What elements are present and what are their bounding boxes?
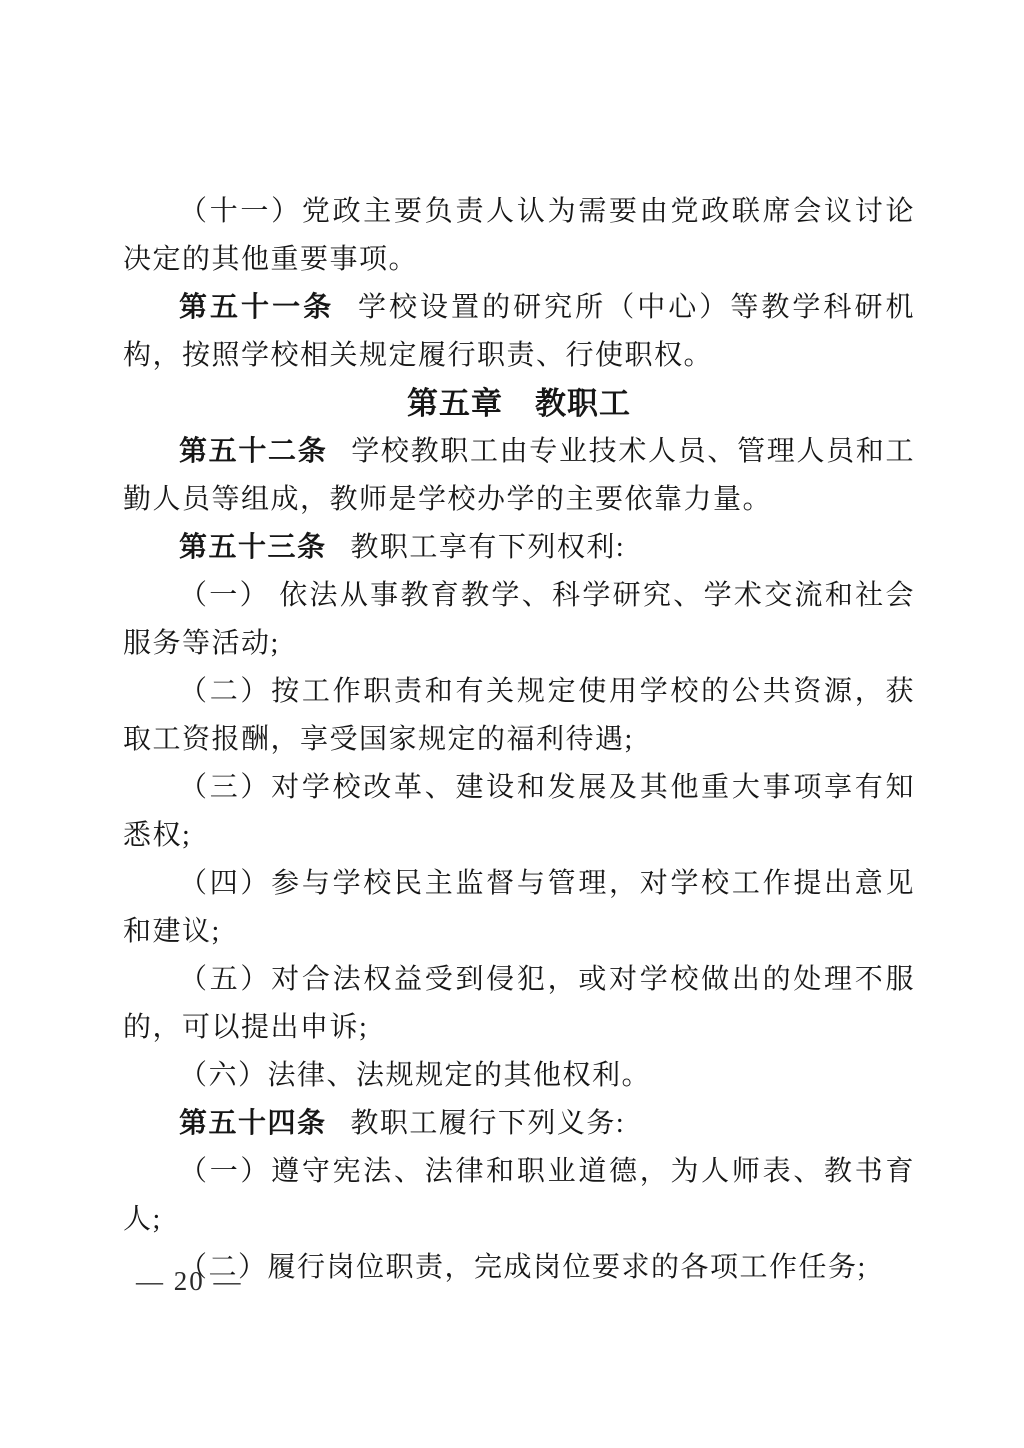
paragraph-text: 教职工享有下列权利: (350, 532, 625, 563)
paragraph-right-item-2: （二）按工作职责和有关规定使用学校的公共资源，获取工资报酬，享受国家规定的福利待… (123, 668, 915, 764)
paragraph-text: （三）对学校改革、建设和发展及其他重大事项享有知悉权; (123, 772, 915, 851)
document-page: （十一）党政主要负责人认为需要由党政联席会议讨论决定的其他重要事项。 第五十一条… (0, 0, 1024, 1448)
paragraph-article-54: 第五十四条教职工履行下列义务: (123, 1100, 915, 1148)
paragraph-article-53: 第五十三条教职工享有下列权利: (123, 524, 915, 572)
paragraph-clause-11: （十一）党政主要负责人认为需要由党政联席会议讨论决定的其他重要事项。 (123, 188, 915, 284)
page-number: — 20 — (136, 1266, 243, 1297)
paragraph-text: （二）按工作职责和有关规定使用学校的公共资源，获取工资报酬，享受国家规定的福利待… (123, 676, 915, 755)
paragraph-right-item-4: （四）参与学校民主监督与管理，对学校工作提出意见和建议; (123, 860, 915, 956)
paragraph-text: （二）履行岗位职责，完成岗位要求的各项工作任务; (179, 1252, 867, 1283)
paragraph-text: （五）对合法权益受到侵犯，或对学校做出的处理不服的，可以提出申诉; (123, 964, 915, 1043)
paragraph-right-item-3: （三）对学校改革、建设和发展及其他重大事项享有知悉权; (123, 764, 915, 860)
paragraph-text: （四）参与学校民主监督与管理，对学校工作提出意见和建议; (123, 868, 915, 947)
article-number-label: 第五十三条 (179, 532, 327, 563)
paragraph-article-52: 第五十二条学校教职工由专业技术人员、管理人员和工勤人员等组成，教师是学校办学的主… (123, 428, 915, 524)
chapter-5-heading: 第五章 教职工 (123, 380, 915, 428)
paragraph-text: （一）遵守宪法、法律和职业道德，为人师表、教书育人; (123, 1156, 915, 1235)
article-number-label: 第五十四条 (179, 1108, 327, 1139)
paragraph-text: 教职工履行下列义务: (350, 1108, 625, 1139)
article-number-label: 第五十一条 (179, 292, 334, 323)
paragraph-text: （六）法律、法规规定的其他权利。 (179, 1060, 651, 1091)
paragraph-text: （十一）党政主要负责人认为需要由党政联席会议讨论决定的其他重要事项。 (123, 196, 915, 275)
paragraph-article-51: 第五十一条学校设置的研究所（中心）等教学科研机构，按照学校相关规定履行职责、行使… (123, 284, 915, 380)
paragraph-right-item-6: （六）法律、法规规定的其他权利。 (123, 1052, 915, 1100)
document-body: （十一）党政主要负责人认为需要由党政联席会议讨论决定的其他重要事项。 第五十一条… (123, 188, 915, 1292)
paragraph-duty-item-1: （一）遵守宪法、法律和职业道德，为人师表、教书育人; (123, 1148, 915, 1244)
paragraph-right-item-5: （五）对合法权益受到侵犯，或对学校做出的处理不服的，可以提出申诉; (123, 956, 915, 1052)
article-number-label: 第五十二条 (179, 436, 327, 467)
paragraph-text: （一） 依法从事教育教学、科学研究、学术交流和社会服务等活动; (123, 580, 915, 659)
paragraph-right-item-1: （一） 依法从事教育教学、科学研究、学术交流和社会服务等活动; (123, 572, 915, 668)
